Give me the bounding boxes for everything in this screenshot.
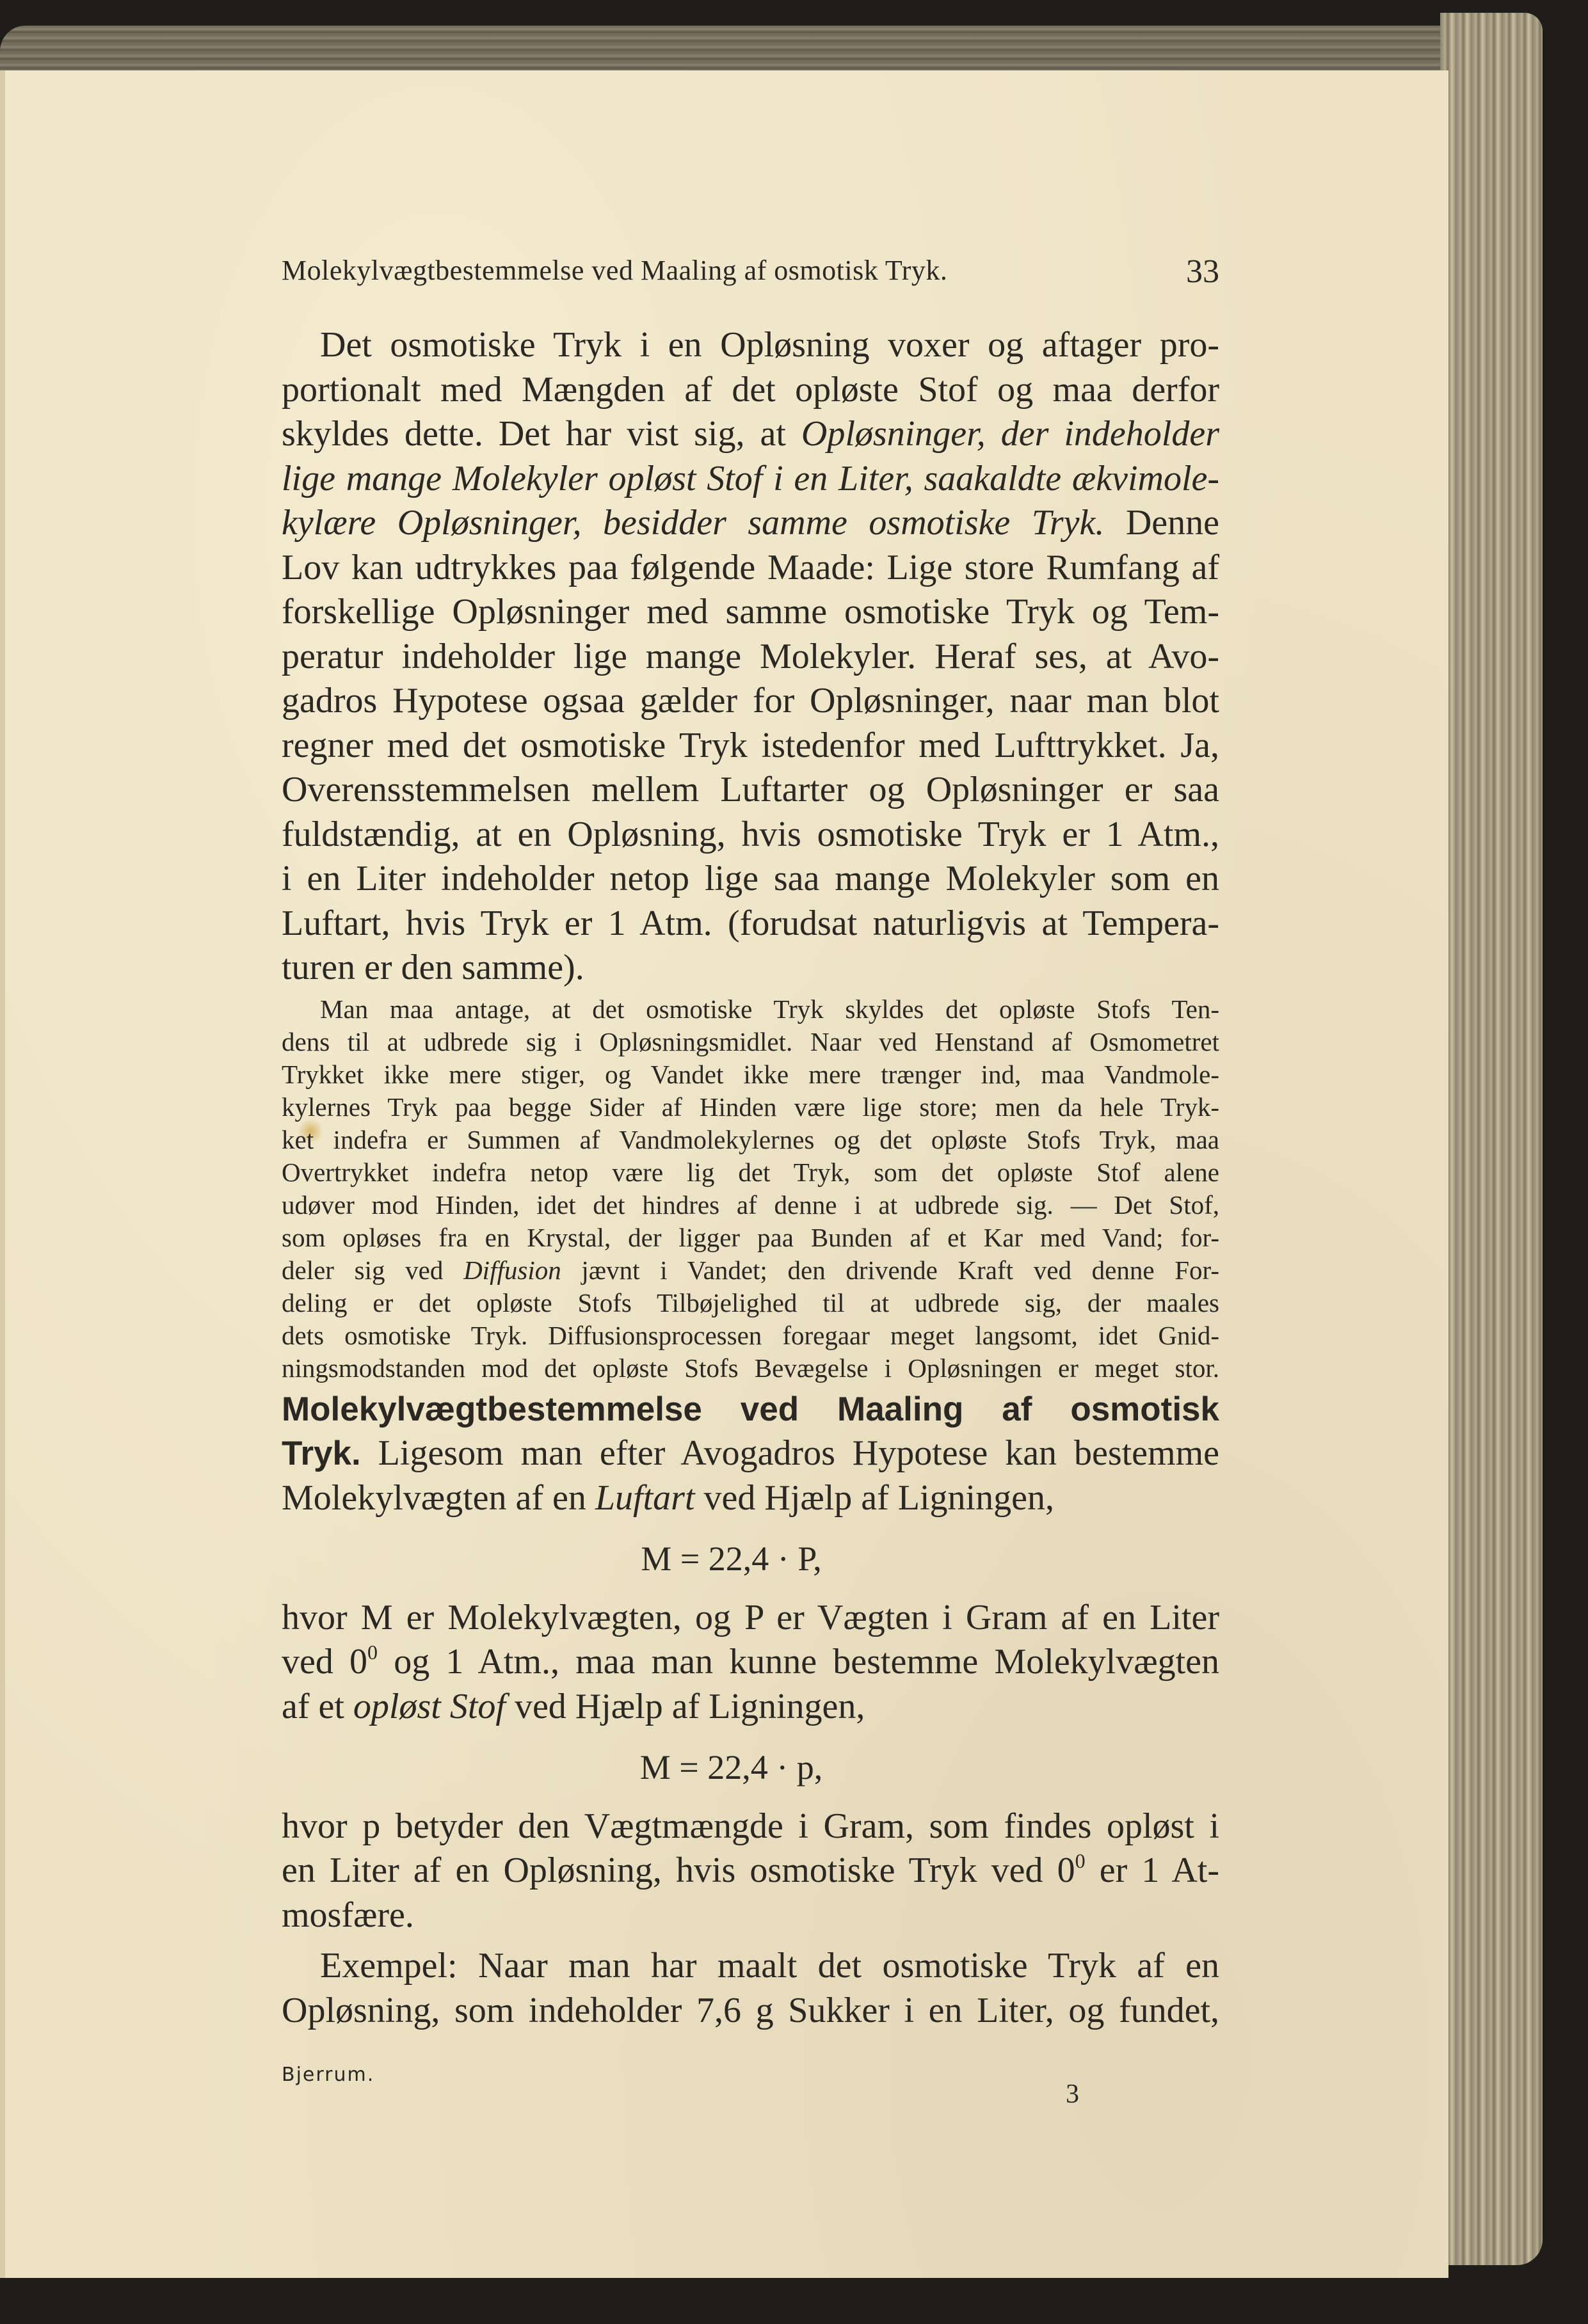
note-line: Man maa antage, at det osmotiske Tryk sk… xyxy=(282,993,1219,1026)
equation-solution: M = 22,4 · p, xyxy=(282,1746,1219,1790)
text-line: gadros Hypotese ogsaa gælder for Opløsni… xyxy=(282,679,1219,724)
text-block: Det osmotiske Tryk i en Opløsning voxer … xyxy=(282,323,1219,2033)
note-line: ket indefra er Summen af Vandmolekylerne… xyxy=(282,1124,1219,1156)
text-line: Luftart, hvis Tryk er 1 Atm. (forudsat n… xyxy=(282,902,1219,946)
text-line: lige mange Molekyler opløst Stof i en Li… xyxy=(282,457,1219,502)
text-line: ved 00 og 1 Atm., maa man kunne bestemme… xyxy=(282,1640,1219,1685)
degree-superscript: 0 xyxy=(367,1641,378,1664)
note-line: deler sig ved Diffusion jævnt i Vandet; … xyxy=(282,1254,1219,1287)
small-print-note: Man maa antage, at det osmotiske Tryk sk… xyxy=(282,993,1219,1385)
text-line: regner med det osmotiske Tryk istedenfor… xyxy=(282,724,1219,768)
text-line: Molekylvægten af en Luftart ved Hjælp af… xyxy=(282,1476,1219,1521)
italic-span: kylære Opløsninger, besidder samme osmot… xyxy=(282,503,1104,543)
text-line: Tryk. Ligesom man efter Avogadros Hypote… xyxy=(282,1431,1219,1476)
note-line: dens til at udbrede sig i Opløsningsmidl… xyxy=(282,1026,1219,1058)
text-span: Molekylvægten af en xyxy=(282,1478,595,1518)
note-line: Trykket ikke mere stiger, og Vandet ikke… xyxy=(282,1058,1219,1091)
page-footer: Bjerrum. 3 xyxy=(282,2064,1219,2115)
text-span: skyldes dette. Det har vist sig, at xyxy=(282,414,801,454)
text-line: fuldstændig, at en Opløsning, hvis osmot… xyxy=(282,813,1219,857)
section-heading-text: Molekylvægtbestemmelse ved Maaling af os… xyxy=(282,1390,1219,1428)
running-head: Molekylvægtbestemmelse ved Maaling af os… xyxy=(282,246,1219,291)
note-line: ningsmodstanden mod det opløste Stofs Be… xyxy=(282,1352,1219,1385)
equation-gas: M = 22,4 · P, xyxy=(282,1537,1219,1582)
text-line: Det osmotiske Tryk i en Opløsning voxer … xyxy=(282,323,1219,368)
text-line: peratur indeholder lige mange Molekyler.… xyxy=(282,635,1219,680)
note-line: som opløses fra en Krystal, der ligger p… xyxy=(282,1222,1219,1254)
note-line: deling er det opløste Stofs Tilbøjelighe… xyxy=(282,1287,1219,1319)
text-line: hvor M er Molekylvægten, og P er Vægten … xyxy=(282,1596,1219,1641)
text-line: hvor p betyder den Vægtmængde i Gram, so… xyxy=(282,1804,1219,1849)
paragraph-osmotic-pressure: Det osmotiske Tryk i en Opløsning voxer … xyxy=(282,323,1219,991)
section-heading-text: Tryk. xyxy=(282,1435,361,1472)
degree-superscript: 0 xyxy=(1075,1849,1086,1872)
text-span: Ligesom man efter Avogadros Hypotese kan… xyxy=(361,1433,1219,1473)
italic-span: Diffusion xyxy=(463,1255,561,1285)
note-line: udøver mod Hinden, idet det hindres af d… xyxy=(282,1189,1219,1222)
note-line: kylernes Tryk paa begge Sider af Hinden … xyxy=(282,1091,1219,1124)
italic-span: Luftart xyxy=(595,1478,695,1518)
italic-span: Opløsninger, der indeholder xyxy=(801,414,1219,454)
text-span: og 1 Atm., maa man kunne bestemme Moleky… xyxy=(378,1642,1219,1682)
text-span: er 1 At- xyxy=(1086,1850,1219,1890)
book-page-edges-right xyxy=(1440,13,1543,2265)
text-line: Opløsning, som indeholder 7,6 g Sukker i… xyxy=(282,1989,1219,2033)
text-span: Denne xyxy=(1126,503,1219,543)
section-heading: Molekylvægtbestemmelse ved Maaling af os… xyxy=(282,1387,1219,1432)
text-span: deler sig ved xyxy=(282,1255,463,1285)
text-line: skyldes dette. Det har vist sig, at Oplø… xyxy=(282,412,1219,457)
section-molecular-weight: Molekylvægtbestemmelse ved Maaling af os… xyxy=(282,1387,1219,2033)
text-line: Lov kan udtrykkes paa følgende Maade: Li… xyxy=(282,546,1219,591)
italic-span: lige mange Molekyler opløst Stof i en Li… xyxy=(282,459,1219,498)
text-line: portionalt med Mængden af det opløste St… xyxy=(282,368,1219,413)
text-span: ved 0 xyxy=(282,1642,367,1682)
page-number: 33 xyxy=(1186,253,1219,290)
text-line: i en Liter indeholder netop lige saa man… xyxy=(282,857,1219,902)
text-line: turen er den samme). xyxy=(282,946,1219,991)
italic-span: opløst Stof xyxy=(353,1687,506,1726)
text-span: af et xyxy=(282,1687,353,1726)
text-line: kylære Opløsninger, besidder samme osmot… xyxy=(282,501,1219,546)
text-line: af et opløst Stof ved Hjælp af Ligningen… xyxy=(282,1685,1219,1730)
text-span: ved Hjælp af Ligningen, xyxy=(695,1478,1054,1518)
printer-signature-mark: 3 xyxy=(1066,2079,1079,2110)
running-head-title: Molekylvægtbestemmelse ved Maaling af os… xyxy=(282,254,947,287)
text-line: forskellige Opløsninger med samme osmoti… xyxy=(282,590,1219,635)
author-signature: Bjerrum. xyxy=(282,2064,374,2086)
text-span: en Liter af en Opløsning, hvis osmotiske… xyxy=(282,1850,1075,1890)
text-line: mosfære. xyxy=(282,1893,1219,1938)
text-span: ved Hjælp af Ligningen, xyxy=(506,1687,865,1726)
text-span: jævnt i Vandet; den drivende Kraft ved d… xyxy=(561,1255,1219,1285)
text-line: en Liter af en Opløsning, hvis osmotiske… xyxy=(282,1849,1219,1893)
note-line: dets osmotiske Tryk. Diffusionsprocessen… xyxy=(282,1319,1219,1352)
text-line: Overensstemmelsen mellem Luftarter og Op… xyxy=(282,768,1219,813)
note-line: Overtrykket indefra netop være lig det T… xyxy=(282,1156,1219,1189)
text-line: Exempel: Naar man har maalt det osmotisk… xyxy=(282,1944,1219,1989)
